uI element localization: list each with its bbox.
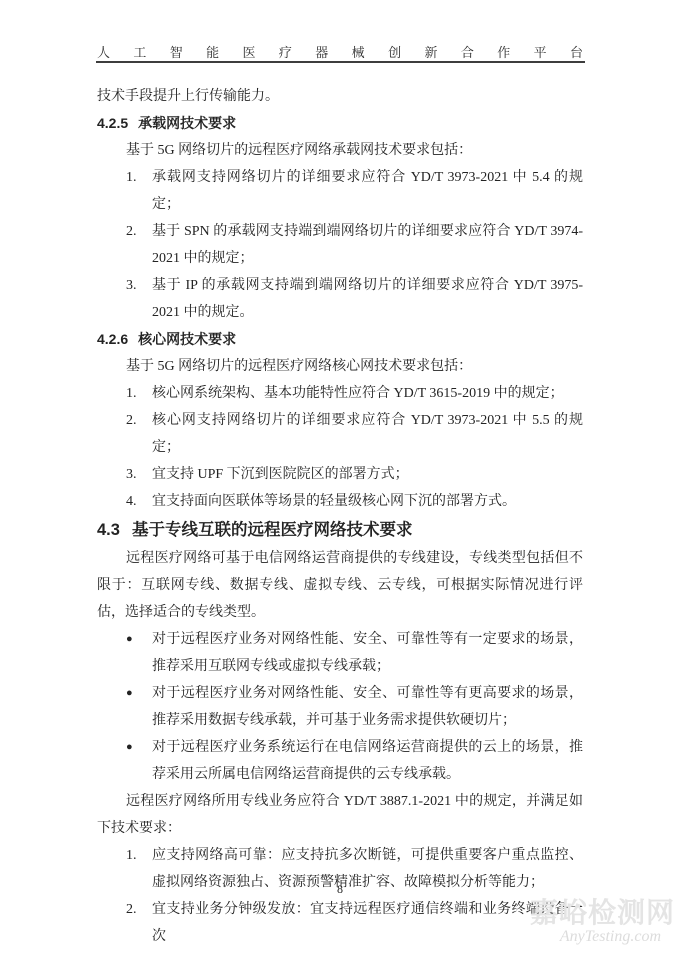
continuation-line: 技术手段提升上行传输能力。 (97, 83, 583, 110)
item-text: 对于远程医疗业务系统运行在电信网络运营商提供的云上的场景，推荐采用云所属电信网络… (152, 734, 583, 788)
page-number: 8 (0, 882, 680, 897)
page-header-title: 人 工 智 能 医 疗 器 械 创 新 合 作 平 台 (97, 42, 583, 61)
section-title: 承载网技术要求 (138, 115, 236, 131)
section-title: 核心网技术要求 (138, 331, 236, 347)
item-text: 基于 IP 的承载网支持端到端网络切片的详细要求应符合 YD/T 3975-20… (152, 272, 583, 326)
item-number: 4. (126, 488, 152, 515)
bullet-icon: ● (126, 734, 152, 788)
numbered-item: 1. 承载网支持网络切片的详细要求应符合 YD/T 3973-2021 中 5.… (97, 164, 583, 218)
section-number: 4.2.6 (97, 331, 128, 347)
section-heading-4-3: 4.3基于专线互联的远程医疗网络技术要求 (97, 515, 583, 545)
numbered-item: 3. 基于 IP 的承载网支持端到端网络切片的详细要求应符合 YD/T 3975… (97, 272, 583, 326)
watermark-site-name: 嘉峪检测网 (530, 898, 675, 928)
item-text: 核心网支持网络切片的详细要求应符合 YD/T 3973-2021 中 5.5 的… (152, 407, 583, 461)
paragraph: 基于 5G 网络切片的远程医疗网络承载网技术要求包括： (97, 137, 583, 164)
item-text: 对于远程医疗业务对网络性能、安全、可靠性等有更高要求的场景，推荐采用数据专线承载… (152, 680, 583, 734)
item-number: 2. (126, 407, 152, 461)
header-rule (96, 61, 585, 63)
watermark-site-url: AnyTesting.com (530, 928, 675, 946)
item-text: 宜支持 UPF 下沉到医院院区的部署方式； (152, 461, 583, 488)
numbered-item: 3. 宜支持 UPF 下沉到医院院区的部署方式； (97, 461, 583, 488)
paragraph: 远程医疗网络所用专线业务应符合 YD/T 3887.1-2021 中的规定，并满… (97, 788, 583, 842)
numbered-item: 2. 核心网支持网络切片的详细要求应符合 YD/T 3973-2021 中 5.… (97, 407, 583, 461)
section-heading-4-2-5: 4.2.5承载网技术要求 (97, 110, 583, 137)
item-text: 承载网支持网络切片的详细要求应符合 YD/T 3973-2021 中 5.4 的… (152, 164, 583, 218)
section-number: 4.2.5 (97, 115, 128, 131)
section-number: 4.3 (97, 521, 120, 539)
numbered-item: 2. 基于 SPN 的承载网支持端到端网络切片的详细要求应符合 YD/T 397… (97, 218, 583, 272)
item-number: 3. (126, 461, 152, 488)
numbered-item: 2. 宜支持业务分钟级发放：宜支持远程医疗通信终端和业务终端设备一次 (97, 896, 583, 950)
item-number: 1. (126, 164, 152, 218)
paragraph: 远程医疗网络可基于电信网络运营商提供的专线建设，专线类型包括但不限于：互联网专线… (97, 545, 583, 626)
bullet-item: ● 对于远程医疗业务对网络性能、安全、可靠性等有一定要求的场景，推荐采用互联网专… (97, 626, 583, 680)
item-number: 2. (126, 896, 152, 950)
item-number: 1. (126, 380, 152, 407)
document-body: 技术手段提升上行传输能力。 4.2.5承载网技术要求 基于 5G 网络切片的远程… (97, 83, 583, 950)
section-heading-4-2-6: 4.2.6核心网技术要求 (97, 326, 583, 353)
document-page: 人 工 智 能 医 疗 器 械 创 新 合 作 平 台 技术手段提升上行传输能力… (0, 0, 680, 961)
watermark: 嘉峪检测网 AnyTesting.com (530, 898, 675, 946)
item-text: 对于远程医疗业务对网络性能、安全、可靠性等有一定要求的场景，推荐采用互联网专线或… (152, 626, 583, 680)
bullet-item: ● 对于远程医疗业务系统运行在电信网络运营商提供的云上的场景，推荐采用云所属电信… (97, 734, 583, 788)
section-title: 基于专线互联的远程医疗网络技术要求 (132, 521, 413, 539)
bullet-icon: ● (126, 626, 152, 680)
item-text: 宜支持面向医联体等场景的轻量级核心网下沉的部署方式。 (152, 488, 583, 515)
paragraph: 基于 5G 网络切片的远程医疗网络核心网技术要求包括： (97, 353, 583, 380)
item-text: 基于 SPN 的承载网支持端到端网络切片的详细要求应符合 YD/T 3974-2… (152, 218, 583, 272)
bullet-item: ● 对于远程医疗业务对网络性能、安全、可靠性等有更高要求的场景，推荐采用数据专线… (97, 680, 583, 734)
item-number: 3. (126, 272, 152, 326)
item-number: 2. (126, 218, 152, 272)
numbered-item: 4. 宜支持面向医联体等场景的轻量级核心网下沉的部署方式。 (97, 488, 583, 515)
numbered-item: 1. 核心网系统架构、基本功能特性应符合 YD/T 3615-2019 中的规定… (97, 380, 583, 407)
item-text: 核心网系统架构、基本功能特性应符合 YD/T 3615-2019 中的规定； (152, 380, 583, 407)
bullet-icon: ● (126, 680, 152, 734)
item-text: 宜支持业务分钟级发放：宜支持远程医疗通信终端和业务终端设备一次 (152, 896, 583, 950)
